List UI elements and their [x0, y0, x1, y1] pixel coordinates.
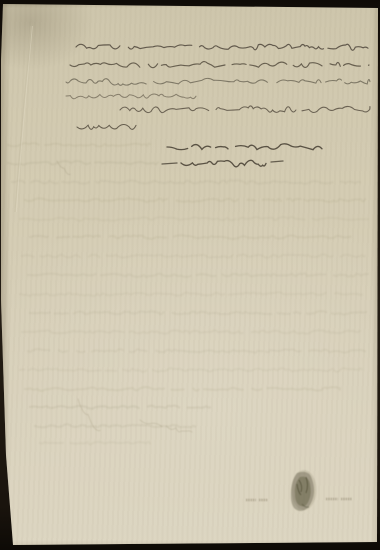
handwriting-stroke [20, 292, 362, 296]
body-line-1 [76, 44, 368, 50]
document-photo: Handwritten cursive Greek manuscript let… [0, 0, 380, 550]
handwriting-stroke [22, 330, 360, 333]
body-line-3 [66, 78, 370, 85]
handwriting-layer [0, 0, 380, 550]
handwriting-stroke [30, 406, 210, 409]
handwriting-stroke [35, 424, 195, 427]
signature-dash [162, 163, 177, 164]
handwriting-stroke [40, 442, 150, 445]
handwriting-stroke [20, 368, 362, 372]
body-line-2 [70, 62, 369, 68]
signature-title-line [181, 160, 266, 166]
handwriting-stroke [20, 217, 368, 221]
handwriting-stroke [22, 254, 365, 257]
ink-writing [66, 44, 370, 167]
handwriting-stroke [12, 180, 360, 184]
closing-line-2 [77, 124, 136, 129]
handwriting-stroke [8, 161, 158, 165]
stamp-emblem-icon [291, 470, 317, 511]
handwriting-stroke [30, 311, 366, 314]
bleedthrough-writing [8, 143, 368, 444]
handwriting-stroke [8, 143, 150, 146]
handwriting-stroke [28, 349, 365, 353]
handwriting-stroke [30, 235, 360, 239]
signature-name-line [167, 144, 322, 150]
handwriting-stroke [25, 387, 340, 391]
body-line-4 [66, 94, 196, 99]
paper-crease [15, 26, 32, 212]
handwriting-stroke [28, 273, 368, 277]
handwriting-stroke [25, 198, 365, 202]
signature-dash [271, 161, 283, 162]
archive-stamp [246, 470, 352, 511]
closing-line-1 [120, 106, 370, 113]
